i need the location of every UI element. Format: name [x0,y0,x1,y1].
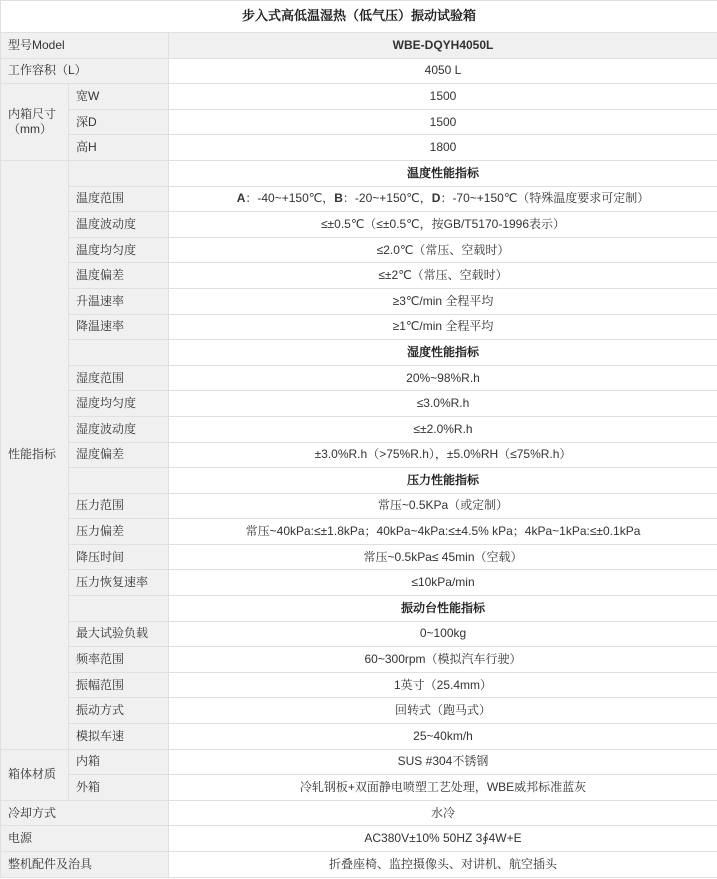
spec-sublabel: 温度范围 [69,186,169,212]
spec-value: ≤2.0℃（常压、空载时） [169,237,717,263]
spec-sublabel: 高H [69,135,169,161]
table-row: 最大试验负载0~100kg [1,621,717,647]
spec-value: 1500 [169,84,717,110]
spec-table: 步入式高低温湿热（低气压）振动试验箱型号ModelWBE-DQYH4050L工作… [0,0,717,878]
value-segment: ：-20~+150℃， [343,191,432,205]
model-value: WBE-DQYH4050L [169,33,717,59]
spec-value: 1英寸（25.4mm） [169,672,717,698]
table-row: 温度偏差≤±2℃（常压、空载时） [1,263,717,289]
table-row: 湿度均匀度≤3.0%R.h [1,391,717,417]
value-segment: ：-40~+150℃， [245,191,334,205]
spec-value: 常压~40kPa:≤±1.8kPa；40kPa~4kPa:≤±4.5% kPa；… [169,519,717,545]
spec-sublabel: 宽W [69,84,169,110]
table-row: 升温速率≥3℃/min 全程平均 [1,288,717,314]
spec-value: 常压~0.5KPa（或定制） [169,493,717,519]
spec-value: 常压~0.5kPa≤ 45min（空载） [169,544,717,570]
spec-sublabel: 模拟车速 [69,724,169,750]
spec-value: ≤10kPa/min [169,570,717,596]
spec-value: ≤3.0%R.h [169,391,717,417]
spec-sublabel: 降温速率 [69,314,169,340]
section-header: 湿度性能指标 [169,340,717,366]
spec-sublabel: 升温速率 [69,288,169,314]
spec-value: 1800 [169,135,717,161]
spec-value: 20%~98%R.h [169,365,717,391]
table-row: 模拟车速25~40km/h [1,724,717,750]
spec-label: 性能指标 [1,160,69,749]
value-segment: B [334,191,343,205]
spec-sublabel: 压力恢复速率 [69,570,169,596]
spec-sublabel [69,468,169,494]
spec-label: 电源 [1,826,169,852]
spec-value: 水冷 [169,800,717,826]
spec-sublabel: 温度偏差 [69,263,169,289]
spec-label: 整机配件及治具 [1,852,169,878]
value-segment: ：-70~+150℃（特殊温度要求可定制） [440,191,649,205]
spec-sublabel: 湿度波动度 [69,416,169,442]
table-row: 湿度偏差±3.0%R.h（>75%R.h），±5.0%RH（≤75%R.h） [1,442,717,468]
spec-sublabel: 振动方式 [69,698,169,724]
spec-label: 工作容积（L） [1,58,169,84]
table-row: 温度波动度≤±0.5℃（≤±0.5℃，按GB/T5170-1996表示） [1,212,717,238]
table-row: 外箱冷轧钢板+双面静电喷塑工艺处理，WBE威邦标准蓝灰 [1,775,717,801]
table-row: 冷却方式水冷 [1,800,717,826]
table-row: 降压时间常压~0.5kPa≤ 45min（空载） [1,544,717,570]
table-row: 压力性能指标 [1,468,717,494]
table-row: 高H1800 [1,135,717,161]
table-row: 内箱尺寸（mm）宽W1500 [1,84,717,110]
spec-sublabel: 湿度均匀度 [69,391,169,417]
table-title: 步入式高低温湿热（低气压）振动试验箱 [1,1,717,33]
table-row: 整机配件及治具折叠座椅、监控摄像头、对讲机、航空插头 [1,852,717,878]
table-row: 压力范围常压~0.5KPa（或定制） [1,493,717,519]
spec-value: SUS #304不锈钢 [169,749,717,775]
table-row: 电源AC380V±10% 50HZ 3∮4W+E [1,826,717,852]
spec-sublabel: 外箱 [69,775,169,801]
table-row: 性能指标温度性能指标 [1,160,717,186]
spec-sublabel: 振幅范围 [69,672,169,698]
spec-value: ±3.0%R.h（>75%R.h），±5.0%RH（≤75%R.h） [169,442,717,468]
table-row: 型号ModelWBE-DQYH4050L [1,33,717,59]
spec-sublabel [69,340,169,366]
spec-value: 4050 L [169,58,717,84]
spec-label: 冷却方式 [1,800,169,826]
table-row: 压力恢复速率≤10kPa/min [1,570,717,596]
spec-table-body: 步入式高低温湿热（低气压）振动试验箱型号ModelWBE-DQYH4050L工作… [1,1,717,878]
spec-value: ≥3℃/min 全程平均 [169,288,717,314]
table-row: 频率范围60~300rpm（模拟汽车行驶） [1,647,717,673]
table-row: 湿度性能指标 [1,340,717,366]
table-row: 温度范围A：-40~+150℃，B：-20~+150℃，D：-70~+150℃（… [1,186,717,212]
spec-sublabel: 频率范围 [69,647,169,673]
spec-value: A：-40~+150℃，B：-20~+150℃，D：-70~+150℃（特殊温度… [169,186,717,212]
table-row: 深D1500 [1,109,717,135]
spec-value: ≤±2℃（常压、空载时） [169,263,717,289]
spec-sublabel: 深D [69,109,169,135]
table-row: 振幅范围1英寸（25.4mm） [1,672,717,698]
table-row: 降温速率≥1℃/min 全程平均 [1,314,717,340]
table-row: 压力偏差常压~40kPa:≤±1.8kPa；40kPa~4kPa:≤±4.5% … [1,519,717,545]
table-row: 振动方式回转式（跑马式） [1,698,717,724]
spec-value: 1500 [169,109,717,135]
spec-value: 冷轧钢板+双面静电喷塑工艺处理，WBE威邦标准蓝灰 [169,775,717,801]
table-row: 工作容积（L）4050 L [1,58,717,84]
table-row: 箱体材质内箱SUS #304不锈钢 [1,749,717,775]
spec-sublabel: 压力范围 [69,493,169,519]
spec-value: 60~300rpm（模拟汽车行驶） [169,647,717,673]
table-row: 步入式高低温湿热（低气压）振动试验箱 [1,1,717,33]
spec-sublabel: 压力偏差 [69,519,169,545]
spec-sublabel: 湿度偏差 [69,442,169,468]
spec-value: 折叠座椅、监控摄像头、对讲机、航空插头 [169,852,717,878]
section-header: 温度性能指标 [169,160,717,186]
section-header: 振动台性能指标 [169,596,717,622]
spec-sublabel: 温度均匀度 [69,237,169,263]
spec-sublabel [69,160,169,186]
spec-value: 回转式（跑马式） [169,698,717,724]
spec-value: ≤±2.0%R.h [169,416,717,442]
spec-sublabel: 最大试验负载 [69,621,169,647]
table-row: 振动台性能指标 [1,596,717,622]
section-header: 压力性能指标 [169,468,717,494]
spec-label: 箱体材质 [1,749,69,800]
spec-sublabel: 降压时间 [69,544,169,570]
spec-sublabel: 温度波动度 [69,212,169,238]
spec-value: 25~40km/h [169,724,717,750]
spec-value: ≥1℃/min 全程平均 [169,314,717,340]
spec-sublabel: 内箱 [69,749,169,775]
spec-value: ≤±0.5℃（≤±0.5℃，按GB/T5170-1996表示） [169,212,717,238]
table-row: 湿度波动度≤±2.0%R.h [1,416,717,442]
spec-value: AC380V±10% 50HZ 3∮4W+E [169,826,717,852]
table-row: 温度均匀度≤2.0℃（常压、空载时） [1,237,717,263]
spec-sublabel [69,596,169,622]
spec-label: 内箱尺寸（mm） [1,84,69,161]
spec-value: 0~100kg [169,621,717,647]
spec-sublabel: 湿度范围 [69,365,169,391]
table-row: 湿度范围20%~98%R.h [1,365,717,391]
spec-label: 型号Model [1,33,169,59]
